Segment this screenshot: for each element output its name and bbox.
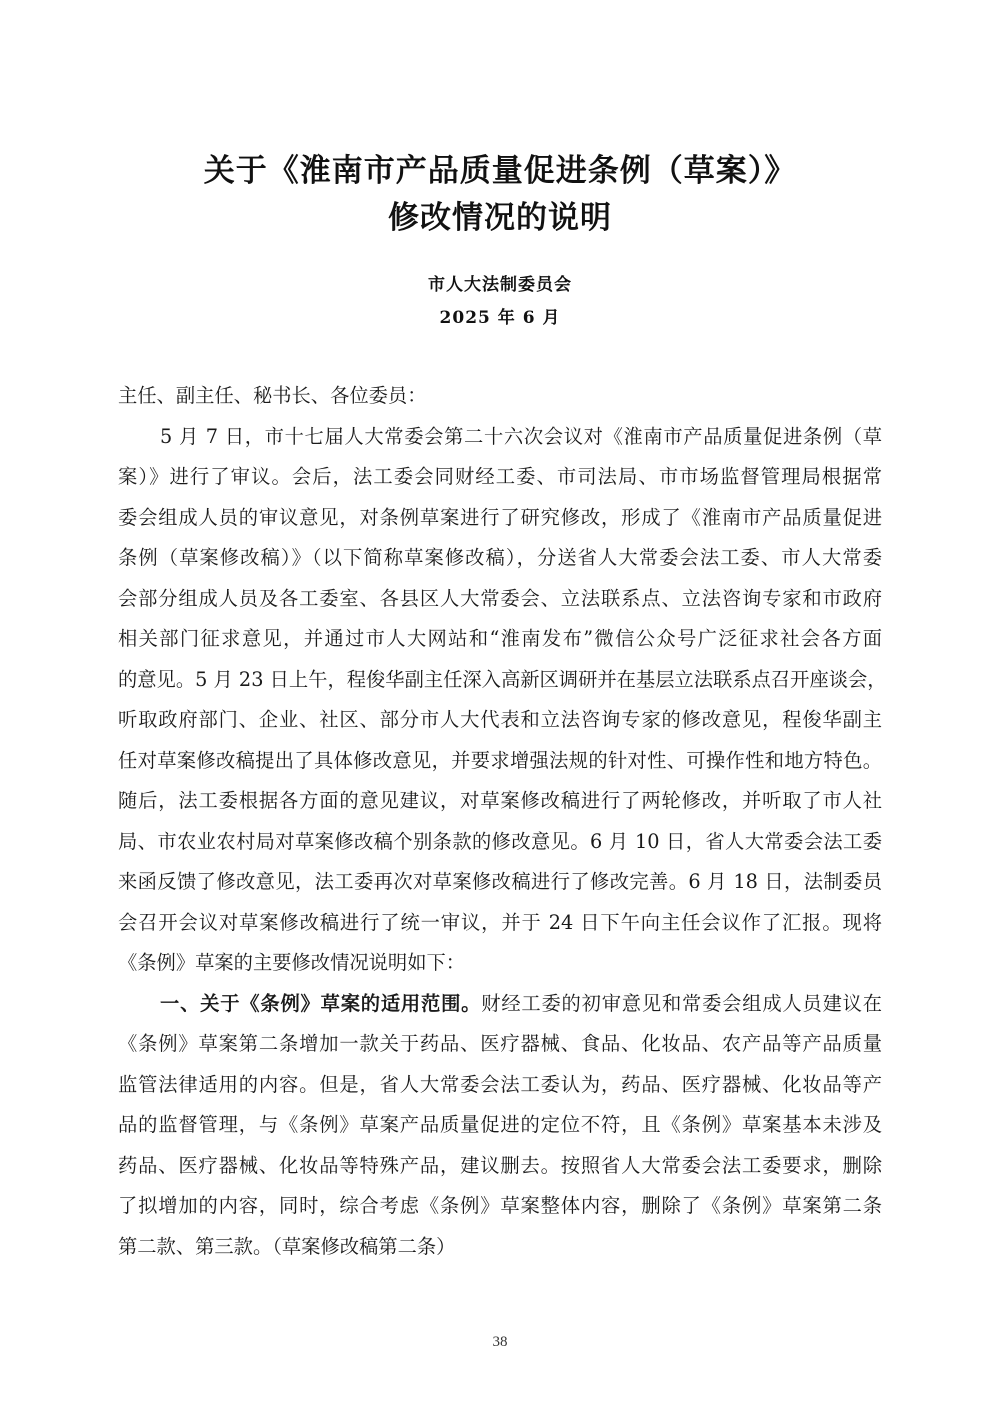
section-1-line: 监管法律适用的内容。但是，省人大常委会法工委认为，药品、医疗器械、化妆品等产 — [118, 1065, 882, 1106]
paragraph-1-line: 条例（草案修改稿）》（以下简称草案修改稿），分送省人大常委会法工委、市人大常委 — [118, 538, 882, 579]
issuing-organization: 市人大法制委员会 — [0, 270, 1000, 295]
section-1-line: 《条例》草案第二条增加一款关于药品、医疗器械、食品、化妆品、农产品等产品质量 — [118, 1024, 882, 1065]
paragraph-1-line: 委会组成人员的审议意见，对条例草案进行了研究修改，形成了《淮南市产品质量促进 — [118, 498, 882, 539]
paragraph-1-line: 随后，法工委根据各方面的意见建议，对草案修改稿进行了两轮修改，并听取了市人社 — [118, 781, 882, 822]
section-1-first-line-text: 财经工委的初审意见和常委会组成人员建议在 — [481, 992, 882, 1015]
paragraph-1-line: 相关部门征求意见，并通过市人大网站和“淮南发布”微信公众号广泛征求社会各方面 — [118, 619, 882, 660]
document-page: 关于《淮南市产品质量促进条例（草案）》 修改情况的说明 市人大法制委员会 202… — [0, 0, 1000, 1415]
paragraph-1-line: 案）》进行了审议。会后，法工委会同财经工委、市司法局、市市场监督管理局根据常 — [118, 457, 882, 498]
section-1-line: 品的监督管理，与《条例》草案产品质量促进的定位不符，且《条例》草案基本未涉及 — [118, 1105, 882, 1146]
paragraph-1-line: 会召开会议对草案修改稿进行了统一审议，并于 24 日下午向主任会议作了汇报。现将 — [118, 903, 882, 944]
salutation: 主任、副主任、秘书长、各位委员： — [118, 376, 882, 417]
paragraph-1-line: 《条例》草案的主要修改情况说明如下： — [118, 943, 882, 984]
paragraph-1-line: 听取政府部门、企业、社区、部分市人大代表和立法咨询专家的修改意见，程俊华副主 — [118, 700, 882, 741]
section-1-line: 了拟增加的内容，同时，综合考虑《条例》草案整体内容，删除了《条例》草案第二条 — [118, 1186, 882, 1227]
page-number: 38 — [0, 1334, 1000, 1351]
paragraph-1-line: 任对草案修改稿提出了具体修改意见，并要求增强法规的针对性、可操作性和地方特色。 — [118, 741, 882, 782]
section-1-first-line: 一、关于《条例》草案的适用范围。财经工委的初审意见和常委会组成人员建议在 — [118, 984, 882, 1025]
document-date: 2025 年 6 月 — [0, 303, 1000, 328]
paragraph-1-line: 的意见。5 月 23 日上午，程俊华副主任深入高新区调研并在基层立法联系点召开座… — [118, 660, 882, 701]
section-1-line: 药品、医疗器械、化妆品等特殊产品，建议删去。按照省人大常委会法工委要求，删除 — [118, 1146, 882, 1187]
paragraph-1-line: 局、市农业农村局对草案修改稿个别条款的修改意见。6 月 10 日，省人大常委会法… — [118, 822, 882, 863]
paragraph-1-line: 5 月 7 日，市十七届人大常委会第二十六次会议对《淮南市产品质量促进条例（草 — [118, 417, 882, 458]
document-title-line-1: 关于《淮南市产品质量促进条例（草案）》 — [0, 145, 1000, 190]
paragraph-1-line: 来函反馈了修改意见，法工委再次对草案修改稿进行了修改完善。6 月 18 日，法制… — [118, 862, 882, 903]
section-1-line: 第二款、第三款。（草案修改稿第二条） — [118, 1227, 882, 1268]
section-1-heading: 一、关于《条例》草案的适用范围。 — [160, 992, 481, 1015]
paragraph-1-line: 会部分组成人员及各工委室、各县区人大常委会、立法联系点、立法咨询专家和市政府 — [118, 579, 882, 620]
document-body: 主任、副主任、秘书长、各位委员： 5 月 7 日，市十七届人大常委会第二十六次会… — [118, 376, 882, 1267]
document-title-line-2: 修改情况的说明 — [0, 192, 1000, 237]
